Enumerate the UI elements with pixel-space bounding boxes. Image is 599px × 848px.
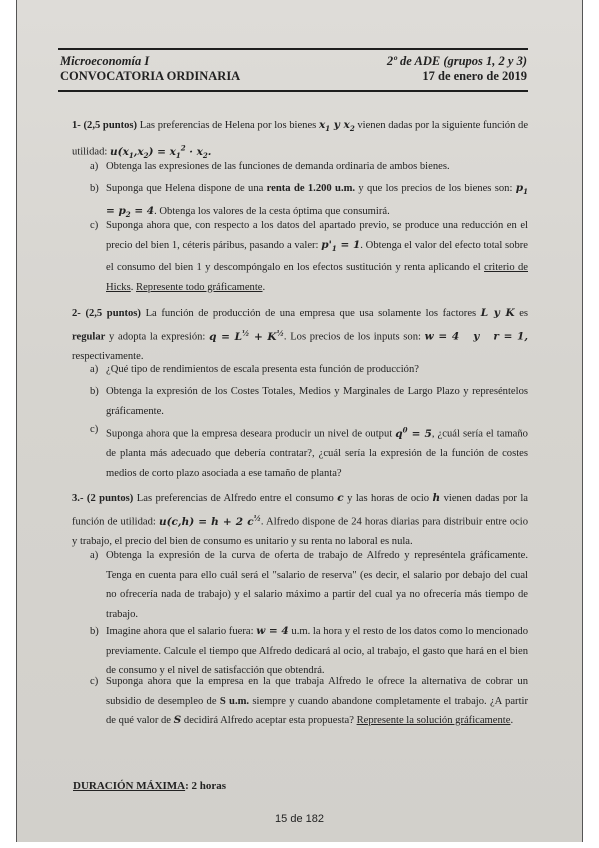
text: Suponga que Helena dispone de una: [106, 183, 263, 194]
subsidy-value: S u.m.: [220, 696, 249, 707]
duration-value: : 2 horas: [185, 780, 226, 792]
text: .: [510, 715, 513, 726]
part-label: b): [90, 382, 99, 402]
part-label: c): [90, 420, 98, 440]
new-price-formula: p'1 = 1: [321, 239, 360, 251]
question-text: Las preferencias de Helena por los biene…: [140, 120, 317, 131]
part-label: a): [90, 360, 98, 380]
part-label: c): [90, 672, 98, 692]
question-number: 1-: [72, 120, 81, 131]
production-formula: q = L½ + K½: [209, 331, 284, 343]
question-3-part-c: c) Suponga ahora que la empresa en la qu…: [90, 672, 528, 731]
text: decidirá Alfredo aceptar esta propuesta?: [184, 715, 354, 726]
question-1-part-c: c) Suponga ahora que, con respecto a los…: [90, 216, 528, 297]
question-points: (2,5 puntos): [84, 120, 138, 131]
question-2-part-a: a) ¿Qué tipo de rendimientos de escala p…: [90, 360, 528, 380]
text: Imagine ahora que el salario fuera:: [106, 626, 254, 637]
var-s: S: [174, 714, 182, 726]
exam-session: CONVOCATORIA ORDINARIA: [60, 69, 240, 84]
question-2: 2- (2,5 puntos) La función de producción…: [72, 304, 528, 366]
wage-formula: w = 4: [256, 625, 289, 637]
factors: L y K: [481, 307, 515, 319]
duration: DURACIÓN MÁXIMA: 2 horas: [73, 780, 226, 792]
part-text: Obtenga la expresión de la curva de ofer…: [106, 546, 528, 624]
part-label: c): [90, 216, 98, 236]
question-text: La función de producción de una empresa …: [146, 308, 477, 319]
question-text: Las preferencias de Alfredo entre el con…: [137, 493, 334, 504]
part-label: b): [90, 622, 99, 642]
part-label: b): [90, 179, 99, 199]
part-text: ¿Qué tipo de rendimientos de escala pres…: [106, 360, 528, 380]
income-value: renta de 1.200 u.m.: [267, 183, 355, 194]
part-text: Suponga ahora que, con respecto a los da…: [106, 216, 528, 297]
question-points: (2,5 puntos): [85, 308, 141, 319]
output-formula: q0 = 5: [395, 428, 432, 440]
text: .: [263, 282, 266, 293]
part-text: Obtenga la expresión de los Costes Total…: [106, 382, 528, 421]
text: Suponga ahora que la empresa deseara pro…: [106, 429, 392, 440]
question-text: es: [519, 308, 528, 319]
question-3-part-a: a) Obtenga la expresión de la curva de o…: [90, 546, 528, 624]
utility-formula: u(c,h) = h + 2 c½: [159, 516, 261, 528]
question-3: 3.- (2 puntos) Las preferencias de Alfre…: [72, 489, 528, 551]
exam-date: 17 de enero de 2019: [422, 69, 527, 84]
text: y que los precios de los bienes son:: [358, 183, 512, 194]
page-number: 15 de 182: [0, 813, 599, 825]
part-label: a): [90, 157, 98, 177]
question-number: 3.-: [72, 493, 83, 504]
question-number: 2-: [72, 308, 81, 319]
utility-formula: u(x1,x2) = x12 · x2.: [110, 146, 211, 158]
part-text: Suponga ahora que la empresa deseara pro…: [106, 420, 528, 483]
part-label: a): [90, 546, 98, 566]
underlined-represent: Represente todo gráficamente: [136, 282, 262, 293]
course-group: 2º de ADE (grupos 1, 2 y 3): [387, 54, 527, 69]
question-text: . Los precios de los inputs son:: [284, 332, 421, 343]
part-text: Suponga ahora que la empresa en la que t…: [106, 672, 528, 731]
math-vars: x1 y x2: [319, 119, 355, 131]
text: . Obtenga los valores de la cesta óptima…: [154, 206, 390, 217]
question-2-part-c: c) Suponga ahora que la empresa deseara …: [90, 420, 528, 483]
header-top-rule: [58, 48, 528, 50]
question-text: y las horas de ocio: [347, 493, 429, 504]
duration-label: DURACIÓN MÁXIMA: [73, 780, 185, 792]
regular-keyword: regular: [72, 332, 105, 343]
question-points: (2 puntos): [87, 493, 133, 504]
part-text: Obtenga las expresiones de las funciones…: [106, 157, 528, 177]
underlined-represent: Represente la solución gráficamente: [357, 715, 511, 726]
question-text: y adopta la expresión:: [109, 332, 205, 343]
header-bottom-rule: [58, 90, 528, 92]
question-1-part-a: a) Obtenga las expresiones de las funcio…: [90, 157, 528, 177]
var-h: h: [433, 492, 441, 504]
input-prices: w = 4 y r = 1,: [425, 331, 528, 343]
var-c: c: [337, 492, 343, 504]
course-title: Microeconomía I: [60, 54, 149, 69]
question-2-part-b: b) Obtenga la expresión de los Costes To…: [90, 382, 528, 421]
